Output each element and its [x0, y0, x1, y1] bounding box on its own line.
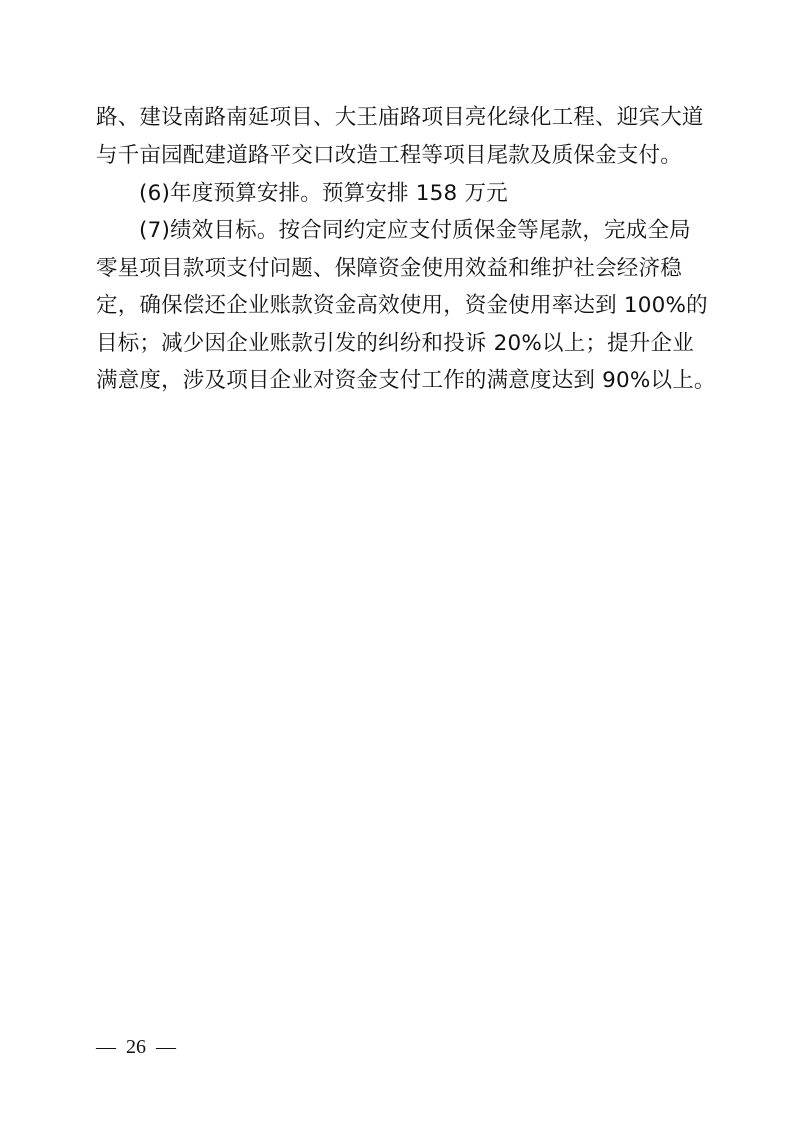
page-number: — 26 — — [96, 1036, 176, 1059]
paragraph-line: 与千亩园配建道路平交口改造工程等项目尾款及质保金支付。 — [96, 138, 682, 174]
paragraph-line: 路、建设南路南延项目、大王庙路项目亮化绿化工程、迎宾大道 — [96, 100, 704, 136]
paragraph-line: 定，确保偿还企业账款资金高效使用，资金使用率达到 100%的 — [96, 288, 708, 324]
paragraph-line: 零星项目款项支付问题、保障资金使用效益和维护社会经济稳 — [96, 251, 682, 287]
document-page: 路、建设南路南延项目、大王庙路项目亮化绿化工程、迎宾大道 与千亩园配建道路平交口… — [0, 0, 793, 1122]
performance-goal-line: (7)绩效目标。按合同约定应支付质保金等尾款，完成全局 — [139, 213, 691, 249]
paragraph-line: 目标；减少因企业账款引发的纠纷和投诉 20%以上；提升企业 — [96, 326, 694, 362]
budget-heading-line: (6)年度预算安排。预算安排 158 万元 — [139, 176, 508, 212]
paragraph-line: 满意度，涉及项目企业对资金支付工作的满意度达到 90%以上。 — [96, 363, 716, 399]
